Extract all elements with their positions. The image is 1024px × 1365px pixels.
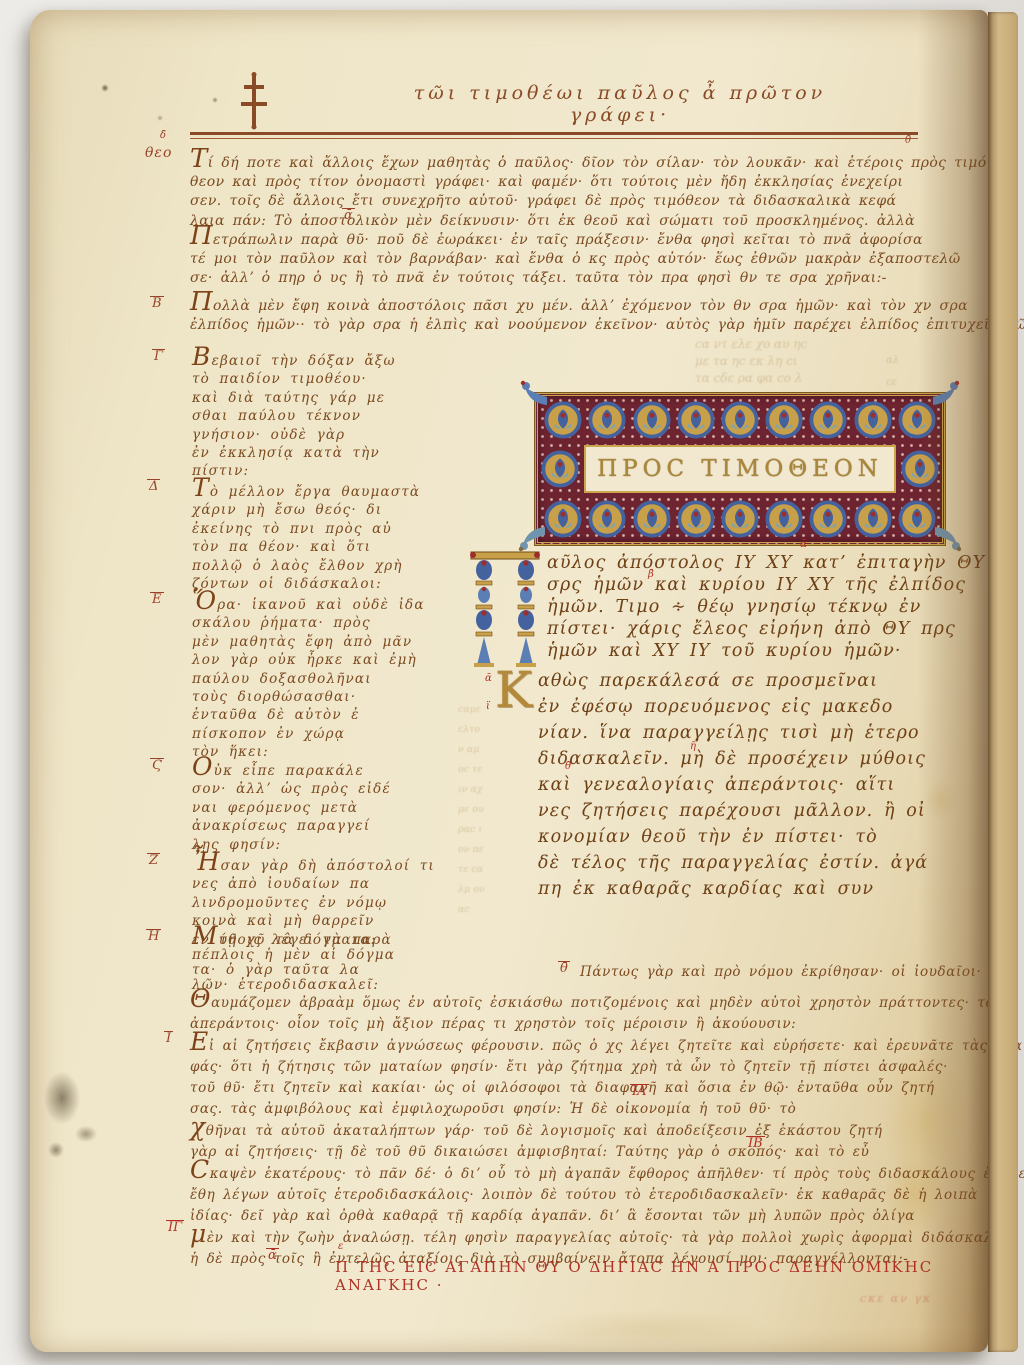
text-line: δὲ τέλος τῆς παραγγελίας ἐστίν. ἀγά: [538, 850, 954, 876]
gilded-initial-kappa: Κ: [495, 665, 532, 715]
text-line: ἀνακρίσεως παραγγεί: [192, 817, 448, 835]
headpiece-frame: ΠΡΟC ΤΙΜΟΘΕΟΝ: [535, 393, 945, 545]
rosette-medallion: [588, 500, 626, 538]
section-number-mark: ᾱ: [485, 674, 492, 685]
rosette-medallion-icon: [854, 500, 892, 538]
gutter-shadow: [918, 10, 988, 1352]
rosette-medallion-icon: [809, 500, 847, 538]
text-line: σρς ἡμῶν καὶ κυρίου ΙΥ ΧΥ τῆς ἐλπίδος: [547, 574, 953, 596]
text-line: ἐκείνης τὸ πνι πρὸς αὐ: [192, 520, 448, 538]
rosette-medallion: [544, 500, 582, 538]
text-line: Μύθοις λέγει τὰ παρὰ: [192, 928, 448, 948]
section-number-mark: ε: [338, 1242, 343, 1253]
commentary-theta-partial: Πάντως γὰρ καὶ πρὸ νόμου ἐκρίθησαν· οἱ ἰ…: [580, 962, 960, 983]
rosette-medallion: [809, 401, 847, 439]
rosette-medallion: [721, 500, 759, 538]
column-section-epsilon: Ὅρα· ἱκανοῦ καὶ οὐδὲ ἰδασκάλου ῥήματα· π…: [192, 592, 448, 762]
text-line: νες ζητήσεις παρέχουσι μᾶλλον. ἢ οἰ: [538, 798, 954, 824]
rosette-medallion: [633, 500, 671, 538]
section-number-mark: Ε: [150, 592, 164, 607]
section-number-mark: ΙΓ: [166, 1220, 184, 1235]
illuminated-headpiece: ΠΡΟC ΤΙΜΟΘΕΟΝ: [535, 393, 945, 545]
section-number-mark: ᾱ: [800, 540, 807, 551]
headpiece-medallion-left: [541, 450, 579, 488]
text-line: τὸ παιδίον τιμοθέου·: [192, 370, 448, 388]
text-line: πίστει· χάρις ἔλεος εἰρήνη ἀπὸ ΘΥ πρς: [547, 618, 953, 640]
section-number-mark: Β: [150, 296, 164, 311]
text-line: σθαι παύλου τέκνον: [192, 407, 448, 425]
text-line: ἡμῶν καὶ ΧΥ ΙΥ τοῦ κυρίου ἡμῶν·: [547, 640, 953, 662]
next-leaf-edge: [988, 12, 1018, 1352]
text-line: ἔθη λέγων αὐτοῖς ἑτεροδιδασκάλοις· λοιπὸ…: [190, 1185, 946, 1206]
section-number-mark: ΙΑ: [630, 1084, 649, 1099]
text-line: γνήσιον· οὐδὲ γὰρ: [192, 426, 448, 444]
section-number-mark: Ζ: [147, 853, 160, 868]
text-line: πίσκοπον ἐν χώρᾳ: [192, 725, 448, 743]
headpiece-medallion-row-bottom: [538, 495, 942, 542]
section-number-mark: ΙΒ: [746, 1136, 765, 1151]
text-line: Πετράπωλιν παρὰ θῦ· ποῦ δὲ ἑωράκει· ἐν τ…: [190, 227, 942, 250]
text-line: ζόντων οἱ διδάσκαλοι:: [192, 575, 448, 593]
rosette-medallion-icon: [677, 401, 715, 439]
manuscript-photo: { "note": "Byzantine Greek parchment cod…: [0, 0, 1024, 1365]
rosette-medallion-icon: [854, 401, 892, 439]
text-line: διδασκαλεῖν. μὴ δὲ προσέχειν μύθοις: [538, 746, 954, 772]
rosette-medallion-icon: [588, 401, 626, 439]
section-number-mark: θ̄: [565, 762, 571, 773]
text-line: ἐνταῦθα δὲ αὐτὸν ἐ: [192, 706, 448, 724]
section-number-mark: Γ: [152, 349, 165, 364]
text-line: μὲν καὶ τὴν ζωὴν ἀναλώσῃ. τέλη φησὶν παρ…: [190, 1223, 946, 1249]
text-line: πη ἐκ καθαρᾶς καρδίας καὶ συν: [538, 876, 954, 902]
rosette-medallion-icon: [588, 500, 626, 538]
rosette-medallion-icon: [809, 401, 847, 439]
column-section-stigma: Οὐκ εἶπε παρακάλεσον· ἀλλʼ ὡς πρὸς εἰδέν…: [192, 758, 448, 854]
section-number-mark: Ϛ: [150, 758, 164, 773]
text-line: τοὺς διορθώσασθαι·: [192, 688, 448, 706]
page-title: τῶι τιμοθέωι παῦλος ἆ πρῶτον γράφει·: [360, 82, 880, 126]
section-number-mark: Δ: [147, 479, 160, 494]
text-line: ναι φερόμενος μετὰ: [192, 799, 448, 817]
manuscript-page: τῶι τιμοθέωι παῦλος ἆ πρῶτον γράφει· Τί …: [30, 10, 988, 1352]
commentary-block-1: Θαυμάζομεν ἀβραὰμ ὅμως ἐν αὐτοῖς ἐσκιάσθ…: [190, 988, 946, 1035]
text-line: Πολλὰ μὲν ἔφη κοινὰ ἀποστόλοις πᾶσι χυ μ…: [190, 293, 942, 316]
text-line: σον· ἀλλʼ ὡς πρὸς εἰδέ: [192, 780, 448, 798]
text-line: Ἦσαν γὰρ δὴ ἀπόστολοί τι: [192, 853, 448, 875]
rosette-medallion-icon: [765, 401, 803, 439]
text-line: χάριν μὴ ἔσω θεός· δι: [192, 501, 448, 519]
rosette-medallion: [633, 401, 671, 439]
section-number-mark: θ̄: [558, 961, 570, 976]
rosette-medallion-icon: [541, 450, 579, 488]
rosette-medallion: [809, 500, 847, 538]
headpiece-medallion-row-top: [538, 396, 942, 443]
section-number-mark: θεο: [145, 146, 172, 161]
chapter-rubric: Π ΤΗϹ ΕΙϹ ΑΓΑΠΗΝ ΘΥ Ο ΔΗΓΙΑϹ ΗΝ Α ΠΡΟϹ Δ…: [335, 1258, 955, 1294]
epistle-paragraph-2: αθὼς παρεκάλεσά σε προσμεῖναιἐν ἐφέσῳ πο…: [538, 668, 954, 902]
text-line: με τα ηϲ εκ λη ϲι: [695, 353, 905, 370]
rosette-medallion-icon: [544, 500, 582, 538]
text-line: καὶ διὰ ταύτης γάρ με: [192, 389, 448, 407]
text-line: φάς· ὅτι ἡ ζήτησις τῶν ματαίων φησίν· ἔτ…: [190, 1057, 946, 1078]
rosette-medallion-icon: [633, 401, 671, 439]
text-line: τε ϲα: [458, 860, 544, 880]
section-number-mark: ᾱ: [266, 1248, 279, 1263]
text-line: Τὸ μέλλον ἔργα θαυμαστὰ: [192, 479, 448, 501]
text-line: αϲ: [458, 900, 544, 920]
hypothesis-block-b: Πετράπωλιν παρὰ θῦ· ποῦ δὲ ἑωράκει· ἐν τ…: [190, 227, 942, 289]
book-title: ΠΡΟC ΤΙΜΟΘΕΟΝ: [597, 456, 883, 482]
text-line: Οὐκ εἶπε παρακάλε: [192, 758, 448, 780]
hypothesis-block-a: Τί δή ποτε καὶ ἄλλοις ἔχων μαθητὰς ὁ παῦ…: [190, 150, 942, 231]
text-line: πέπλοις ἡ μὲν αἱ δόγμα: [192, 948, 448, 963]
text-line: ιν αχ: [458, 780, 544, 800]
text-line: ν αμ: [458, 740, 544, 760]
text-line: νίαν. ἵνα παραγγείλῃς τισὶ μὴ ἑτερο: [538, 720, 954, 746]
rosette-medallion-icon: [721, 401, 759, 439]
text-line: Θαυμάζομεν ἀβραὰμ ὅμως ἐν αὐτοῖς ἐσκιάσθ…: [190, 988, 946, 1014]
rosette-medallion-icon: [721, 500, 759, 538]
rosette-medallion-icon: [677, 500, 715, 538]
text-line: ἐν ἐφέσῳ πορευόμενος εἰς μακεδο: [538, 694, 954, 720]
rosette-medallion: [765, 500, 803, 538]
text-line: σεν. τοῖς δὲ ἄλλοις ἔτι συνεχρῆτο αὐτοῦ·…: [190, 192, 942, 211]
section-number-mark: θ̄: [905, 136, 911, 147]
section-number-mark: ϊ: [486, 702, 490, 713]
section-number-mark: δ̄: [160, 131, 166, 142]
section-number-mark: ᾱ: [342, 208, 355, 223]
section-number-mark: Η: [146, 929, 161, 944]
rosette-medallion: [854, 401, 892, 439]
rosette-medallion-icon: [765, 500, 803, 538]
text-line: αθὼς παρεκάλεσά σε προσμεῖναι: [538, 668, 954, 694]
epistle-paragraph-1: αῦλος ἀπόστολος ΙΥ ΧΥ κατʼ ἐπιταγὴν ΘΥσρ…: [547, 552, 953, 662]
text-line: Ὅρα· ἱκανοῦ καὶ οὐδὲ ἰδα: [192, 592, 448, 614]
text-line: νες ἀπὸ ἰουδαίων πα: [192, 875, 448, 893]
text-line: λον γὰρ οὐκ ἦρκε καὶ ἐμὴ: [192, 651, 448, 669]
section-number-mark: η̄: [690, 742, 696, 753]
text-line: τα· ὁ γὰρ ταῦτα λα: [192, 963, 448, 978]
text-line: τέ μοι τὸν παῦλον καὶ τὸν βαρνάβαν· καὶ …: [190, 250, 942, 269]
text-line: χθῆναι τὰ αὐτοῦ ἀκαταλήπτων γάρ· τοῦ δὲ …: [190, 1116, 946, 1142]
header-rule: [190, 132, 918, 139]
text-line: παύλου δοξασθολῆναι: [192, 670, 448, 688]
text-line: αῦλος ἀπόστολος ΙΥ ΧΥ κατʼ ἐπιταγὴν ΘΥ: [547, 552, 953, 574]
text-line: Τί δή ποτε καὶ ἄλλοις ἔχων μαθητὰς ὁ παῦ…: [190, 150, 942, 173]
text-line: Βεβαιοῖ τὴν δόξαν ἄξω: [192, 348, 448, 370]
rosette-medallion: [854, 500, 892, 538]
text-line: σε· ἀλλʼ ὁ πηρ ὁ υς ἢ τὸ πνᾶ ἐν τούτοις …: [190, 269, 942, 288]
commentary-block-4: Ϲκαψὲν ἑκατέρους· τὸ πᾶν δέ· ὁ διʼ οὗ τὸ…: [190, 1159, 946, 1227]
text-line: λμ ον: [458, 880, 544, 900]
section-number-mark: β̄: [648, 570, 654, 581]
text-line: λῃς φησίν:: [192, 836, 448, 854]
rosette-medallion: [588, 401, 626, 439]
text-line: Εἰ αἱ ζητήσεις ἔκβασιν ἀγνώσεως φέρουσιν…: [190, 1031, 946, 1057]
text-line: θεον καὶ πρὸς τίτον ὀνομαστὶ γράφει· καὶ…: [190, 173, 942, 192]
rosette-medallion: [677, 401, 715, 439]
text-line: με ου: [458, 800, 544, 820]
bleedthrough-text: ϲα ντ ελε χο αυ ηϲμε τα ηϲ εκ λη ϲιτα ϲδ…: [695, 336, 905, 387]
text-line: ον πε: [458, 840, 544, 860]
rosette-medallion: [721, 401, 759, 439]
rosette-medallion-icon: [544, 401, 582, 439]
corner-finial-icon: [519, 379, 549, 409]
text-line: ραϲ ι: [458, 820, 544, 840]
text-line: Πάντως γὰρ καὶ πρὸ νόμου ἐκρίθησαν· οἱ ἰ…: [580, 962, 960, 983]
text-line: ϲα ντ ελε χο αυ ηϲ: [695, 336, 905, 353]
rosette-medallion: [677, 500, 715, 538]
commentary-block-3: χθῆναι τὰ αὐτοῦ ἀκαταλήπτων γάρ· τοῦ δὲ …: [190, 1116, 946, 1163]
bleedthrough-text: ϲαμεελτον αμοϲ τειν αχμε ουραϲ ιον πετε …: [458, 700, 544, 920]
decorated-initial-pi: [467, 545, 543, 669]
column-section-delta: Τὸ μέλλον ἔργα θαυμαστὰχάριν μὴ ἔσω θεός…: [192, 479, 448, 593]
section-number-mark: Ι: [164, 1031, 173, 1046]
column-section-gamma: Βεβαιοῖ τὴν δόξαν ἄξωτὸ παιδίον τιμοθέου…: [192, 348, 448, 481]
text-line: ἡμῶν. Τιμο ∻ θέῳ γνησίῳ τέκνῳ ἐν: [547, 596, 953, 618]
text-line: λινδρομοῦντες ἐν νόμῳ: [192, 894, 448, 912]
column-section-eta: Μύθοις λέγει τὰ παρὰπέπλοις ἡ μὲν αἱ δόγ…: [192, 928, 448, 993]
headpiece-middle-band: ΠΡΟC ΤΙΜΟΘΕΟΝ: [538, 443, 942, 495]
cross-icon: [238, 72, 270, 130]
text-line: πολλῷ ὁ λαὸς ἔλθον χρὴ: [192, 557, 448, 575]
rosette-medallion: [765, 401, 803, 439]
text-line: κονομίαν θεοῦ τὴν ἐν πίστει· τὸ: [538, 824, 954, 850]
text-line: μὲν μαθητὰς ἔφη ἀπὸ μᾶν: [192, 633, 448, 651]
rosette-medallion-icon: [633, 500, 671, 538]
text-line: ελτο: [458, 720, 544, 740]
text-line: τὸν πα θέον· καὶ ὅτι: [192, 538, 448, 556]
text-line: Ϲκαψὲν ἑκατέρους· τὸ πᾶν δέ· ὁ διʼ οὗ τὸ…: [190, 1159, 946, 1185]
text-line: σκάλου ῥήματα· πρὸς: [192, 614, 448, 632]
text-line: τα ϲδε ρα φα ϲο λ: [695, 370, 905, 387]
text-line: ἐλπίδος ἡμῶν·· τὸ γὰρ σρα ἡ ἐλπὶς καὶ νο…: [190, 316, 942, 335]
text-line: τοῦ θῦ· ἔτι ζητεῖν καὶ κακίαι· ὡς οἱ φιλ…: [190, 1078, 946, 1099]
section-b-block: Πολλὰ μὲν ἔφη κοινὰ ἀποστόλοις πᾶσι χυ μ…: [190, 293, 942, 335]
text-line: ἐν ἐκκλησίᾳ κατὰ τὴν: [192, 444, 448, 462]
rosette-medallion: [544, 401, 582, 439]
headpiece-title-panel: ΠΡΟC ΤΙΜΟΘΕΟΝ: [584, 445, 896, 493]
text-line: οϲ τε: [458, 760, 544, 780]
commentary-block-2: Εἰ αἱ ζητήσεις ἔκβασιν ἀγνώσεως φέρουσιν…: [190, 1031, 946, 1120]
text-line: καὶ γενεαλογίαις ἀπεράντοις· αἵτι: [538, 772, 954, 798]
